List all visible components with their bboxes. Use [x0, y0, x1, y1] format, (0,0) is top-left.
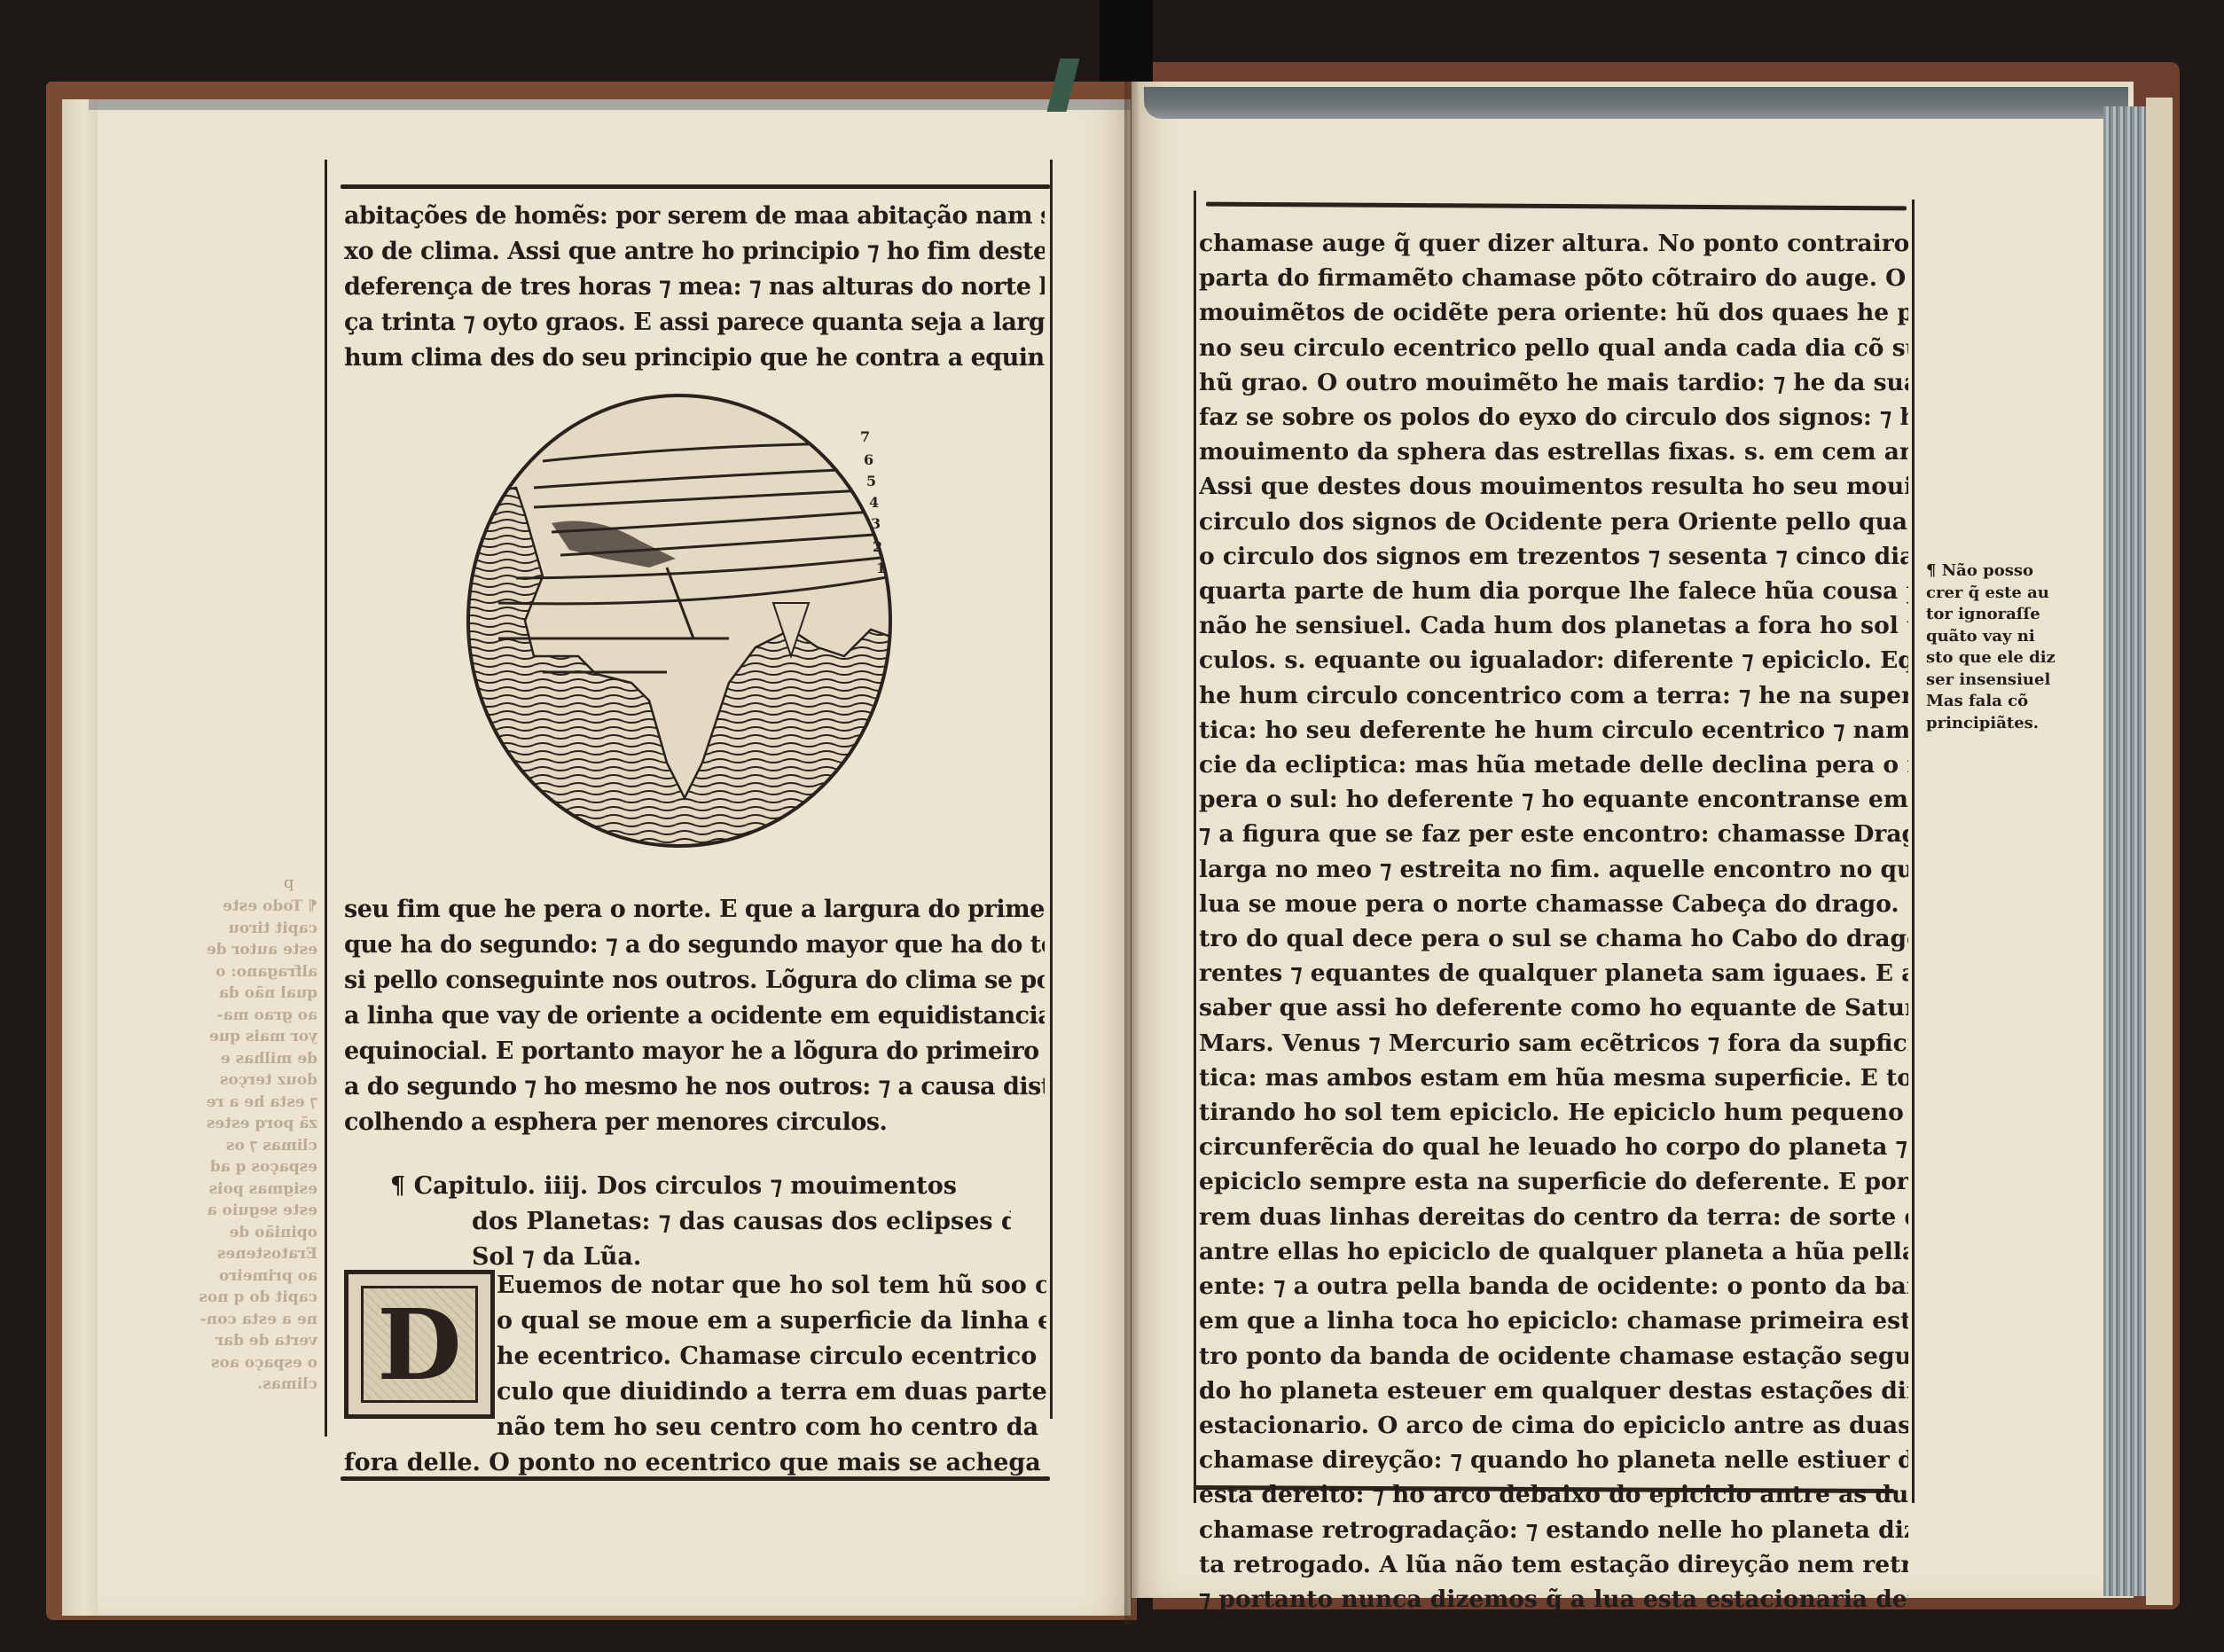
- note-line: Mas fala cõ: [1926, 691, 2068, 713]
- left-top-paragraph: abitações de homẽs: por serem de maa abi…: [344, 199, 1045, 376]
- text-line: tirando ho sol tem epiciclo. He epiciclo…: [1199, 1095, 1908, 1130]
- text-line: estacionario. O arco de cima do epiciclo…: [1199, 1408, 1908, 1443]
- chapter-opening-paragraph: Euemos de notar que ho sol tem hũ soo ci…: [497, 1268, 1046, 1445]
- text-line: ⁊ portanto nunca dizemos q̃ a lua esta e…: [1199, 1582, 1908, 1617]
- text-line: cie da ecliptica: mas hũa metade delle d…: [1199, 748, 1908, 782]
- text-line: faz se sobre os polos do eyxo do circulo…: [1199, 400, 1908, 435]
- text-line: abitações de homẽs: por serem de maa abi…: [344, 199, 1045, 234]
- left-top-rule: [341, 184, 1050, 189]
- heading-line: ¶ Capitulo. iiij. Dos circulos ⁊ mouimen…: [390, 1169, 1011, 1204]
- text-line: não tem ho seu centro com ho centro da t…: [497, 1410, 1046, 1445]
- text-line: rentes ⁊ equantes de qualquer planeta sa…: [1199, 956, 1908, 990]
- text-line: em que a linha toca ho epiciclo: chamase…: [1199, 1304, 1908, 1338]
- text-line: tro ponto da banda de ocidente chamase e…: [1199, 1339, 1908, 1374]
- gutter: [1124, 82, 1139, 1625]
- text-line: que ha do segundo: ⁊ a do segundo mayor …: [344, 928, 1045, 963]
- open-book: p ¶ Todo este capit tirou este autor de …: [0, 0, 2224, 1652]
- text-line: saber que assi ho deferente como ho equa…: [1199, 990, 1908, 1025]
- text-line: ta retrogado. A lũa não tem estação dire…: [1199, 1547, 1908, 1582]
- spine-shadow: [1100, 0, 1153, 82]
- right-frame-rule-left: [1194, 191, 1196, 1503]
- left-page-edge: [62, 99, 98, 1616]
- text-line: hũ grao. O outro mouimẽto he mais tardio…: [1199, 365, 1908, 400]
- text-line: ⁊ a figura que se faz per este encontro:…: [1199, 817, 1908, 851]
- svg-text:4: 4: [869, 494, 879, 511]
- text-line: mouimento da sphera das estrellas fixas.…: [1199, 435, 1908, 469]
- text-line: mouimẽtos de ocidẽte pera oriente: hũ do…: [1199, 295, 1908, 330]
- text-line: hum clima des do seu principio que he co…: [344, 341, 1045, 376]
- text-line: chamase auge q̃ quer dizer altura. No po…: [1199, 226, 1908, 261]
- bleed-through-signature: p: [284, 873, 294, 892]
- text-line: pera o sul: ho deferente ⁊ ho equante en…: [1199, 782, 1908, 817]
- text-line: Mars. Venus ⁊ Mercurio sam ecẽtricos ⁊ f…: [1199, 1026, 1908, 1061]
- text-line: chamase retrogradação: ⁊ estando nelle h…: [1199, 1513, 1908, 1547]
- text-line: no seu circulo ecentrico pello qual anda…: [1199, 331, 1908, 365]
- text-line: he hum circulo concentrico com a terra: …: [1199, 678, 1908, 713]
- left-frame-rule-left: [325, 160, 327, 1437]
- left-page-top-edge: [89, 99, 1131, 110]
- text-line: larga no meo ⁊ estreita no fim. aquelle …: [1199, 852, 1908, 887]
- right-page-paragraph: chamase auge q̃ quer dizer altura. No po…: [1199, 226, 1908, 1617]
- right-page-top-edge: [1144, 87, 2128, 119]
- text-line: a do segundo ⁊ ho mesmo he nos outros: ⁊…: [344, 1069, 1045, 1105]
- text-line: epiciclo sempre esta na superficie do de…: [1199, 1164, 1908, 1199]
- text-line: tica: mas ambos estam em hũa mesma super…: [1199, 1061, 1908, 1095]
- svg-text:5: 5: [866, 473, 876, 489]
- text-line: tro do qual dece pera o sul se chama ho …: [1199, 921, 1908, 956]
- text-line: rem duas linhas dereitas do centro da te…: [1199, 1200, 1908, 1234]
- text-line: culos. s. equante ou igualador: diferent…: [1199, 643, 1908, 677]
- marginal-note: ¶ Não posso crer q̃ este au tor ignoraſſ…: [1926, 560, 2068, 734]
- text-line: tica: ho seu deferente he hum circulo ec…: [1199, 713, 1908, 748]
- text-line: xo de clima. Assi que antre ho principio…: [344, 234, 1045, 270]
- right-frame-rule-right: [1912, 200, 1915, 1503]
- note-line: quãto vay ni: [1926, 626, 2068, 648]
- text-line: esta dereito: ⁊ ho arco debaixo do epici…: [1199, 1477, 1908, 1512]
- chapter-opening-continuation: fora delle. O ponto no ecentrico que mai…: [344, 1445, 1045, 1481]
- initial-letter: D: [361, 1286, 478, 1403]
- text-line: Euemos de notar que ho sol tem hũ soo ci…: [497, 1268, 1046, 1304]
- text-line: circulo dos signos de Ocidente pera Orie…: [1199, 505, 1908, 539]
- svg-text:7: 7: [860, 428, 870, 445]
- text-line: o qual se moue em a superficie da linha …: [497, 1304, 1046, 1339]
- text-line: do ho planeta esteuer em qualquer destas…: [1199, 1374, 1908, 1408]
- text-line: colhendo a esphera per menores circulos.: [344, 1105, 1045, 1140]
- chapter-heading: ¶ Capitulo. iiij. Dos circulos ⁊ mouimen…: [390, 1169, 1011, 1275]
- text-line: lua se moue pera o norte chamasse Cabeça…: [1199, 887, 1908, 921]
- text-line: si pello conseguinte nos outros. Lõgura …: [344, 963, 1045, 998]
- text-line: a linha que vay de oriente a ocidente em…: [344, 998, 1045, 1034]
- decorated-initial: D: [344, 1270, 495, 1419]
- note-line: tor ignoraſſe: [1926, 604, 2068, 626]
- text-line: ente: ⁊ a outra pella banda de ocidente:…: [1199, 1269, 1908, 1304]
- svg-text:6: 6: [864, 451, 873, 468]
- right-page-outer-edge: [2146, 98, 2173, 1605]
- svg-text:2: 2: [873, 538, 882, 555]
- text-line: Assi que destes dous mouimentos resulta …: [1199, 469, 1908, 504]
- text-line: circunferẽcia do qual he leuado ho corpo…: [1199, 1130, 1908, 1164]
- text-line: o circulo dos signos em trezentos ⁊ sese…: [1199, 539, 1908, 574]
- text-line: não he sensiuel. Cada hum dos planetas a…: [1199, 608, 1908, 643]
- left-frame-rule-right: [1050, 160, 1053, 1419]
- text-line: ça trinta ⁊ oyto graos. E assi parece qu…: [344, 305, 1045, 341]
- note-line: principiãtes.: [1926, 713, 2068, 735]
- note-line: ser insensiuel: [1926, 669, 2068, 692]
- heading-line: dos Planetas: ⁊ das causas dos eclipses …: [390, 1204, 1011, 1240]
- right-page-fore-edge: [2103, 106, 2146, 1596]
- text-line: deferença de tres horas ⁊ mea: ⁊ nas alt…: [344, 270, 1045, 305]
- text-line: equinocial. E portanto mayor he a lõgura…: [344, 1034, 1045, 1069]
- text-line: he ecentrico. Chamase circulo ecentrico …: [497, 1339, 1046, 1374]
- text-line: seu fim que he pera o norte. E que a lar…: [344, 892, 1045, 928]
- note-line: sto que ele diz: [1926, 647, 2068, 669]
- globe-climate-map-figure: 7 6 5 4 3 2 1: [463, 390, 896, 851]
- text-line: fora delle. O ponto no ecentrico que mai…: [344, 1445, 1045, 1481]
- svg-text:3: 3: [871, 515, 881, 532]
- text-line: chamase direyção: ⁊ quando ho planeta ne…: [1199, 1443, 1908, 1477]
- svg-text:1: 1: [876, 560, 886, 576]
- text-line: parta do firmamẽto chamase põto cõtrairo…: [1199, 261, 1908, 295]
- text-line: culo que diuidindo a terra em duas parte…: [497, 1374, 1046, 1410]
- text-line: quarta parte de hum dia porque lhe falec…: [1199, 574, 1908, 608]
- bleed-through-margin-note: ¶ Todo este capit tirou este autor de al…: [184, 896, 317, 1396]
- text-line: antre ellas ho epiciclo de qualquer plan…: [1199, 1234, 1908, 1269]
- left-middle-paragraph: seu fim que he pera o norte. E que a lar…: [344, 892, 1045, 1140]
- note-line: ¶ Não posso: [1926, 560, 2068, 583]
- note-line: crer q̃ este au: [1926, 583, 2068, 605]
